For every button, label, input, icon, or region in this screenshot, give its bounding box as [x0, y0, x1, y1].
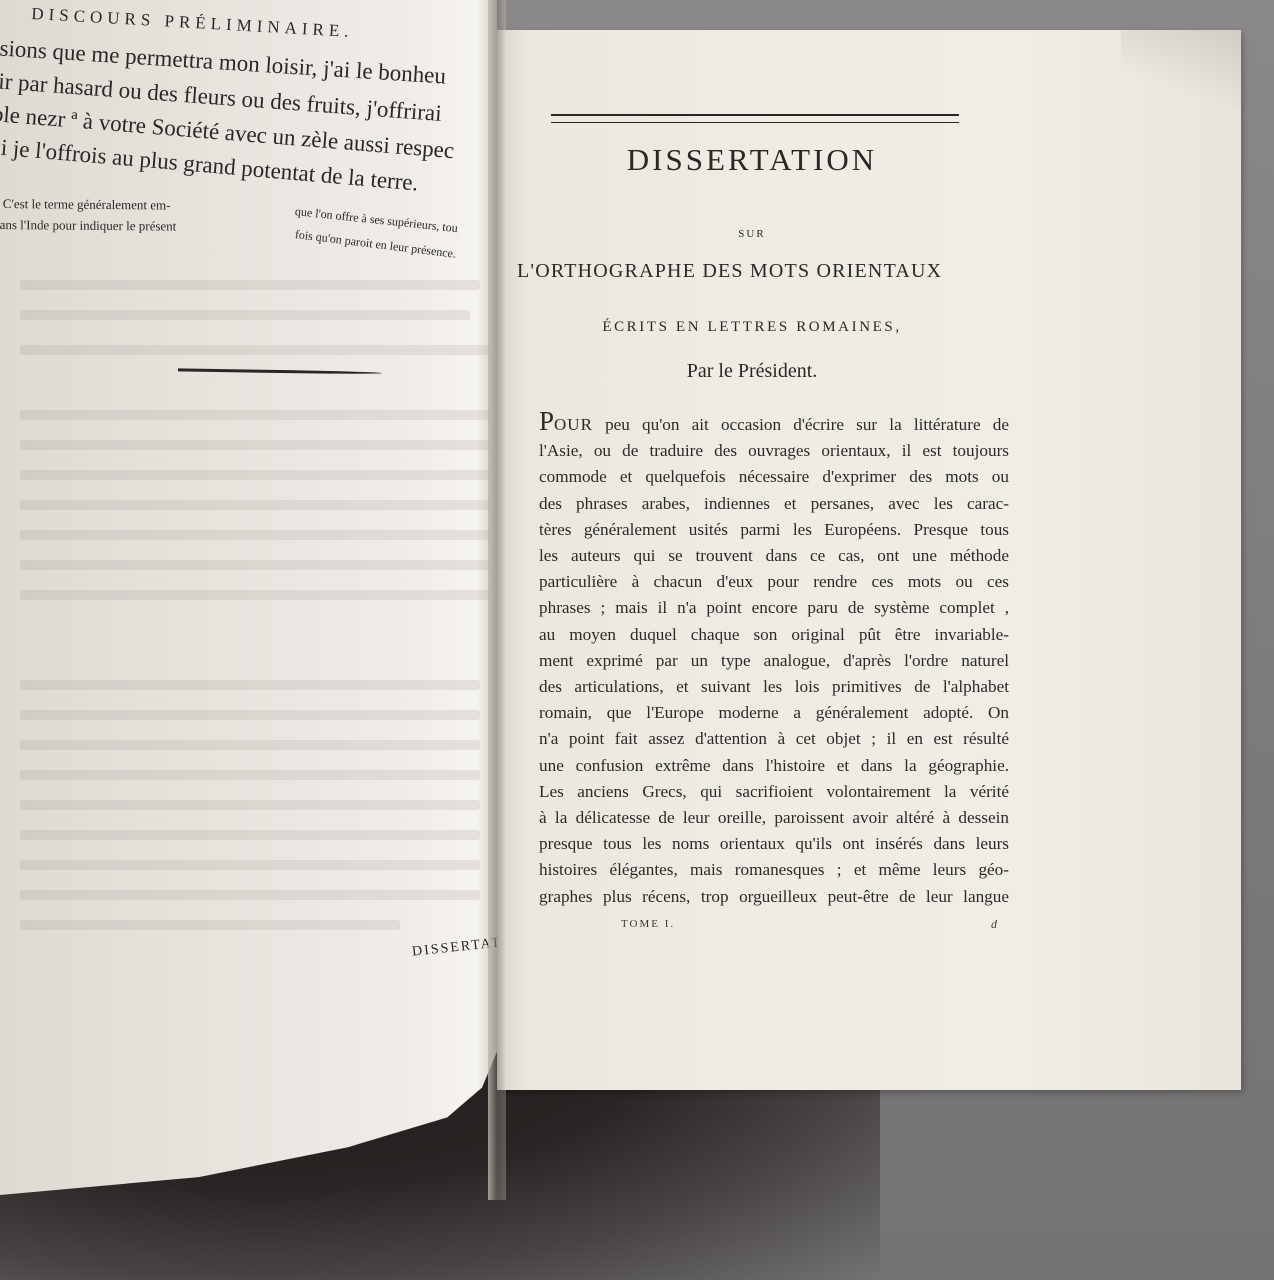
body-line: des articulations, et suivant les lois p… — [539, 674, 1009, 700]
section-rule — [178, 368, 382, 374]
show-through — [20, 920, 400, 930]
show-through — [20, 530, 490, 540]
body-line: romain, que l'Europe moderne a généralem… — [539, 700, 1009, 726]
show-through — [20, 440, 490, 450]
show-through — [20, 310, 470, 320]
show-through — [20, 770, 480, 780]
show-through — [20, 710, 480, 720]
show-through — [20, 740, 480, 750]
footnote-line: ª C'est le terme généralement em- — [0, 196, 171, 214]
signature-mark: d — [991, 917, 997, 932]
body-line: l'Asie, ou de traduire des ouvrages orie… — [539, 438, 1009, 464]
volume-footer: TOME I. — [621, 918, 675, 930]
body-line: une confusion extrême dans l'histoire et… — [539, 753, 1009, 779]
show-through — [20, 680, 480, 690]
body-line: à la délicatesse de leur oreille, parois… — [539, 805, 1009, 831]
footnote-line: lans l'Inde pour indiquer le présent — [0, 217, 176, 235]
book-gutter — [488, 0, 506, 1200]
show-through — [20, 410, 490, 420]
show-through — [20, 860, 480, 870]
body-line: les auteurs qui se trouvent dans ce cas,… — [539, 543, 1009, 569]
body-line: ment exprimé par un type analogue, d'apr… — [539, 648, 1009, 674]
dissertation-subtitle: L'ORTHOGRAPHE DES MOTS ORIENTAUX — [517, 260, 1057, 283]
body-line: au moyen duquel chaque son original pût … — [539, 622, 1009, 648]
left-page: DISCOURS PRÉLIMINAIRE. rsions que me per… — [0, 0, 497, 1195]
dissertation-title: DISSERTATION — [497, 142, 1007, 178]
body-line: Les anciens Grecs, qui sacrifioient volo… — [539, 779, 1009, 805]
drop-cap: P — [539, 406, 554, 436]
body-line: des phrases arabes, indiennes et persane… — [539, 491, 1009, 517]
body-line: phrases ; mais il n'a point encore paru … — [539, 595, 1009, 621]
dissertation-subtitle-2: ÉCRITS EN LETTRES ROMAINES, — [497, 319, 1007, 336]
show-through — [20, 500, 490, 510]
body-line: histoires élégantes, mais romanesques ; … — [539, 857, 1009, 883]
header-double-rule — [551, 114, 959, 123]
running-head: DISCOURS PRÉLIMINAIRE. — [31, 4, 354, 42]
show-through — [20, 800, 480, 810]
small-caps-lead: OUR — [554, 415, 593, 434]
body-line: graphes plus récens, trop orgueilleux pe… — [539, 884, 1009, 910]
body-line: presque tous les noms orientaux qu'ils o… — [539, 831, 1009, 857]
show-through — [20, 560, 490, 570]
show-through — [20, 890, 480, 900]
body-line: particulière à chacun d'eux pour rendre … — [539, 569, 1009, 595]
body-text: POUR peu qu'on ait occasion d'écrire sur… — [539, 408, 1009, 910]
body-line: POUR peu qu'on ait occasion d'écrire sur… — [539, 408, 1009, 438]
show-through — [20, 470, 490, 480]
show-through — [20, 830, 480, 840]
author-byline: Par le Président. — [497, 360, 1007, 383]
body-line: commode et quelquefois nécessaire d'expr… — [539, 464, 1009, 490]
right-page: DISSERTATION SUR L'ORTHOGRAPHE DES MOTS … — [497, 30, 1241, 1090]
show-through — [20, 590, 490, 600]
show-through — [20, 345, 490, 355]
body-line: n'a point fait assez d'attention à cet o… — [539, 726, 1009, 752]
title-connector: SUR — [497, 228, 1007, 240]
show-through — [20, 280, 480, 290]
page-fold-shadow — [1121, 30, 1241, 110]
body-line: tères généralement usités parmi les Euro… — [539, 517, 1009, 543]
